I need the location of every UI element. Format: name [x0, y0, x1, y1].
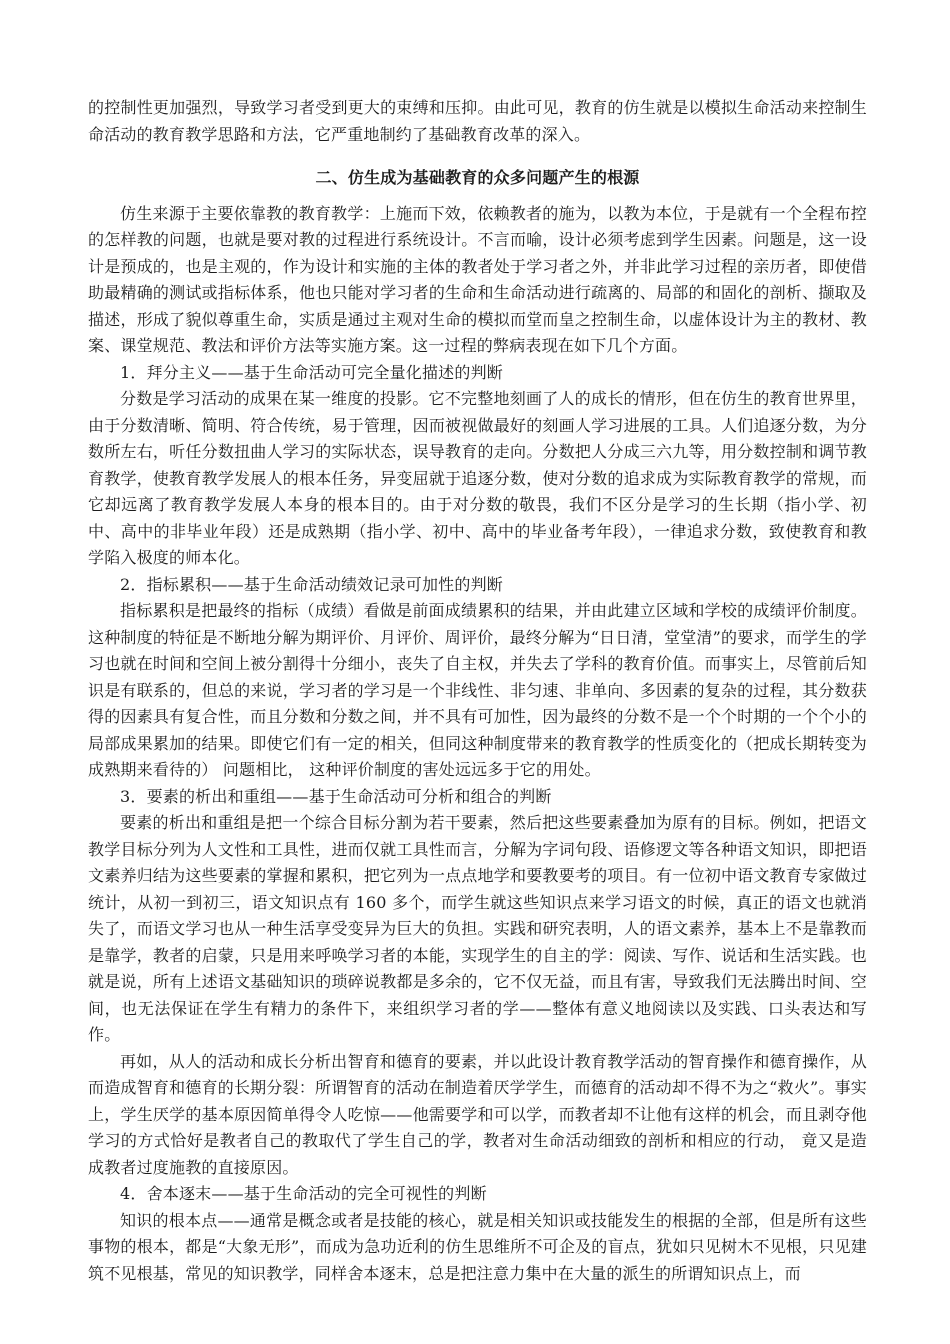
paragraph-continuation-top: 的控制性更加强烈，导致学习者受到更大的束缚和压抑。由此可见，教育的仿生就是以模拟… — [88, 95, 867, 148]
paragraph: 分数是学习活动的成果在某一维度的投影。它不完整地刻画了人的成长的情形，但在仿生的… — [88, 386, 867, 572]
paragraph: 再如，从人的活动和成长分析出智育和德育的要素，并以此设计教育教学活动的智育操作和… — [88, 1049, 867, 1182]
paragraph: 仿生来源于主要依靠教的教育教学：上施而下效，依赖教者的施为，以教为本位，于是就有… — [88, 201, 867, 360]
section-heading: 二、仿生成为基础教育的众多问题产生的根源 — [88, 165, 867, 192]
numbered-heading-3: 3．要素的析出和重组——基于生命活动可分析和组合的判断 — [88, 784, 867, 811]
paragraph-continuation-bottom: 知识的根本点——通常是概念或者是技能的核心，就是相关知识或技能发生的根据的全部，… — [88, 1208, 867, 1288]
numbered-heading-2: 2．指标累积——基于生命活动绩效记录可加性的判断 — [88, 572, 867, 599]
numbered-heading-1: 1．拜分主义——基于生命活动可完全量化描述的判断 — [88, 360, 867, 387]
numbered-heading-4: 4．舍本逐末——基于生命活动的完全可视性的判断 — [88, 1181, 867, 1208]
paragraph: 指标累积是把最终的指标（成绩）看做是前面成绩累积的结果，并由此建立区域和学校的成… — [88, 598, 867, 784]
paragraph: 要素的析出和重组是把一个综合目标分割为若干要素，然后把这些要素叠加为原有的目标。… — [88, 810, 867, 1049]
document-page: 的控制性更加强烈，导致学习者受到更大的束缚和压抑。由此可见，教育的仿生就是以模拟… — [0, 0, 950, 1344]
